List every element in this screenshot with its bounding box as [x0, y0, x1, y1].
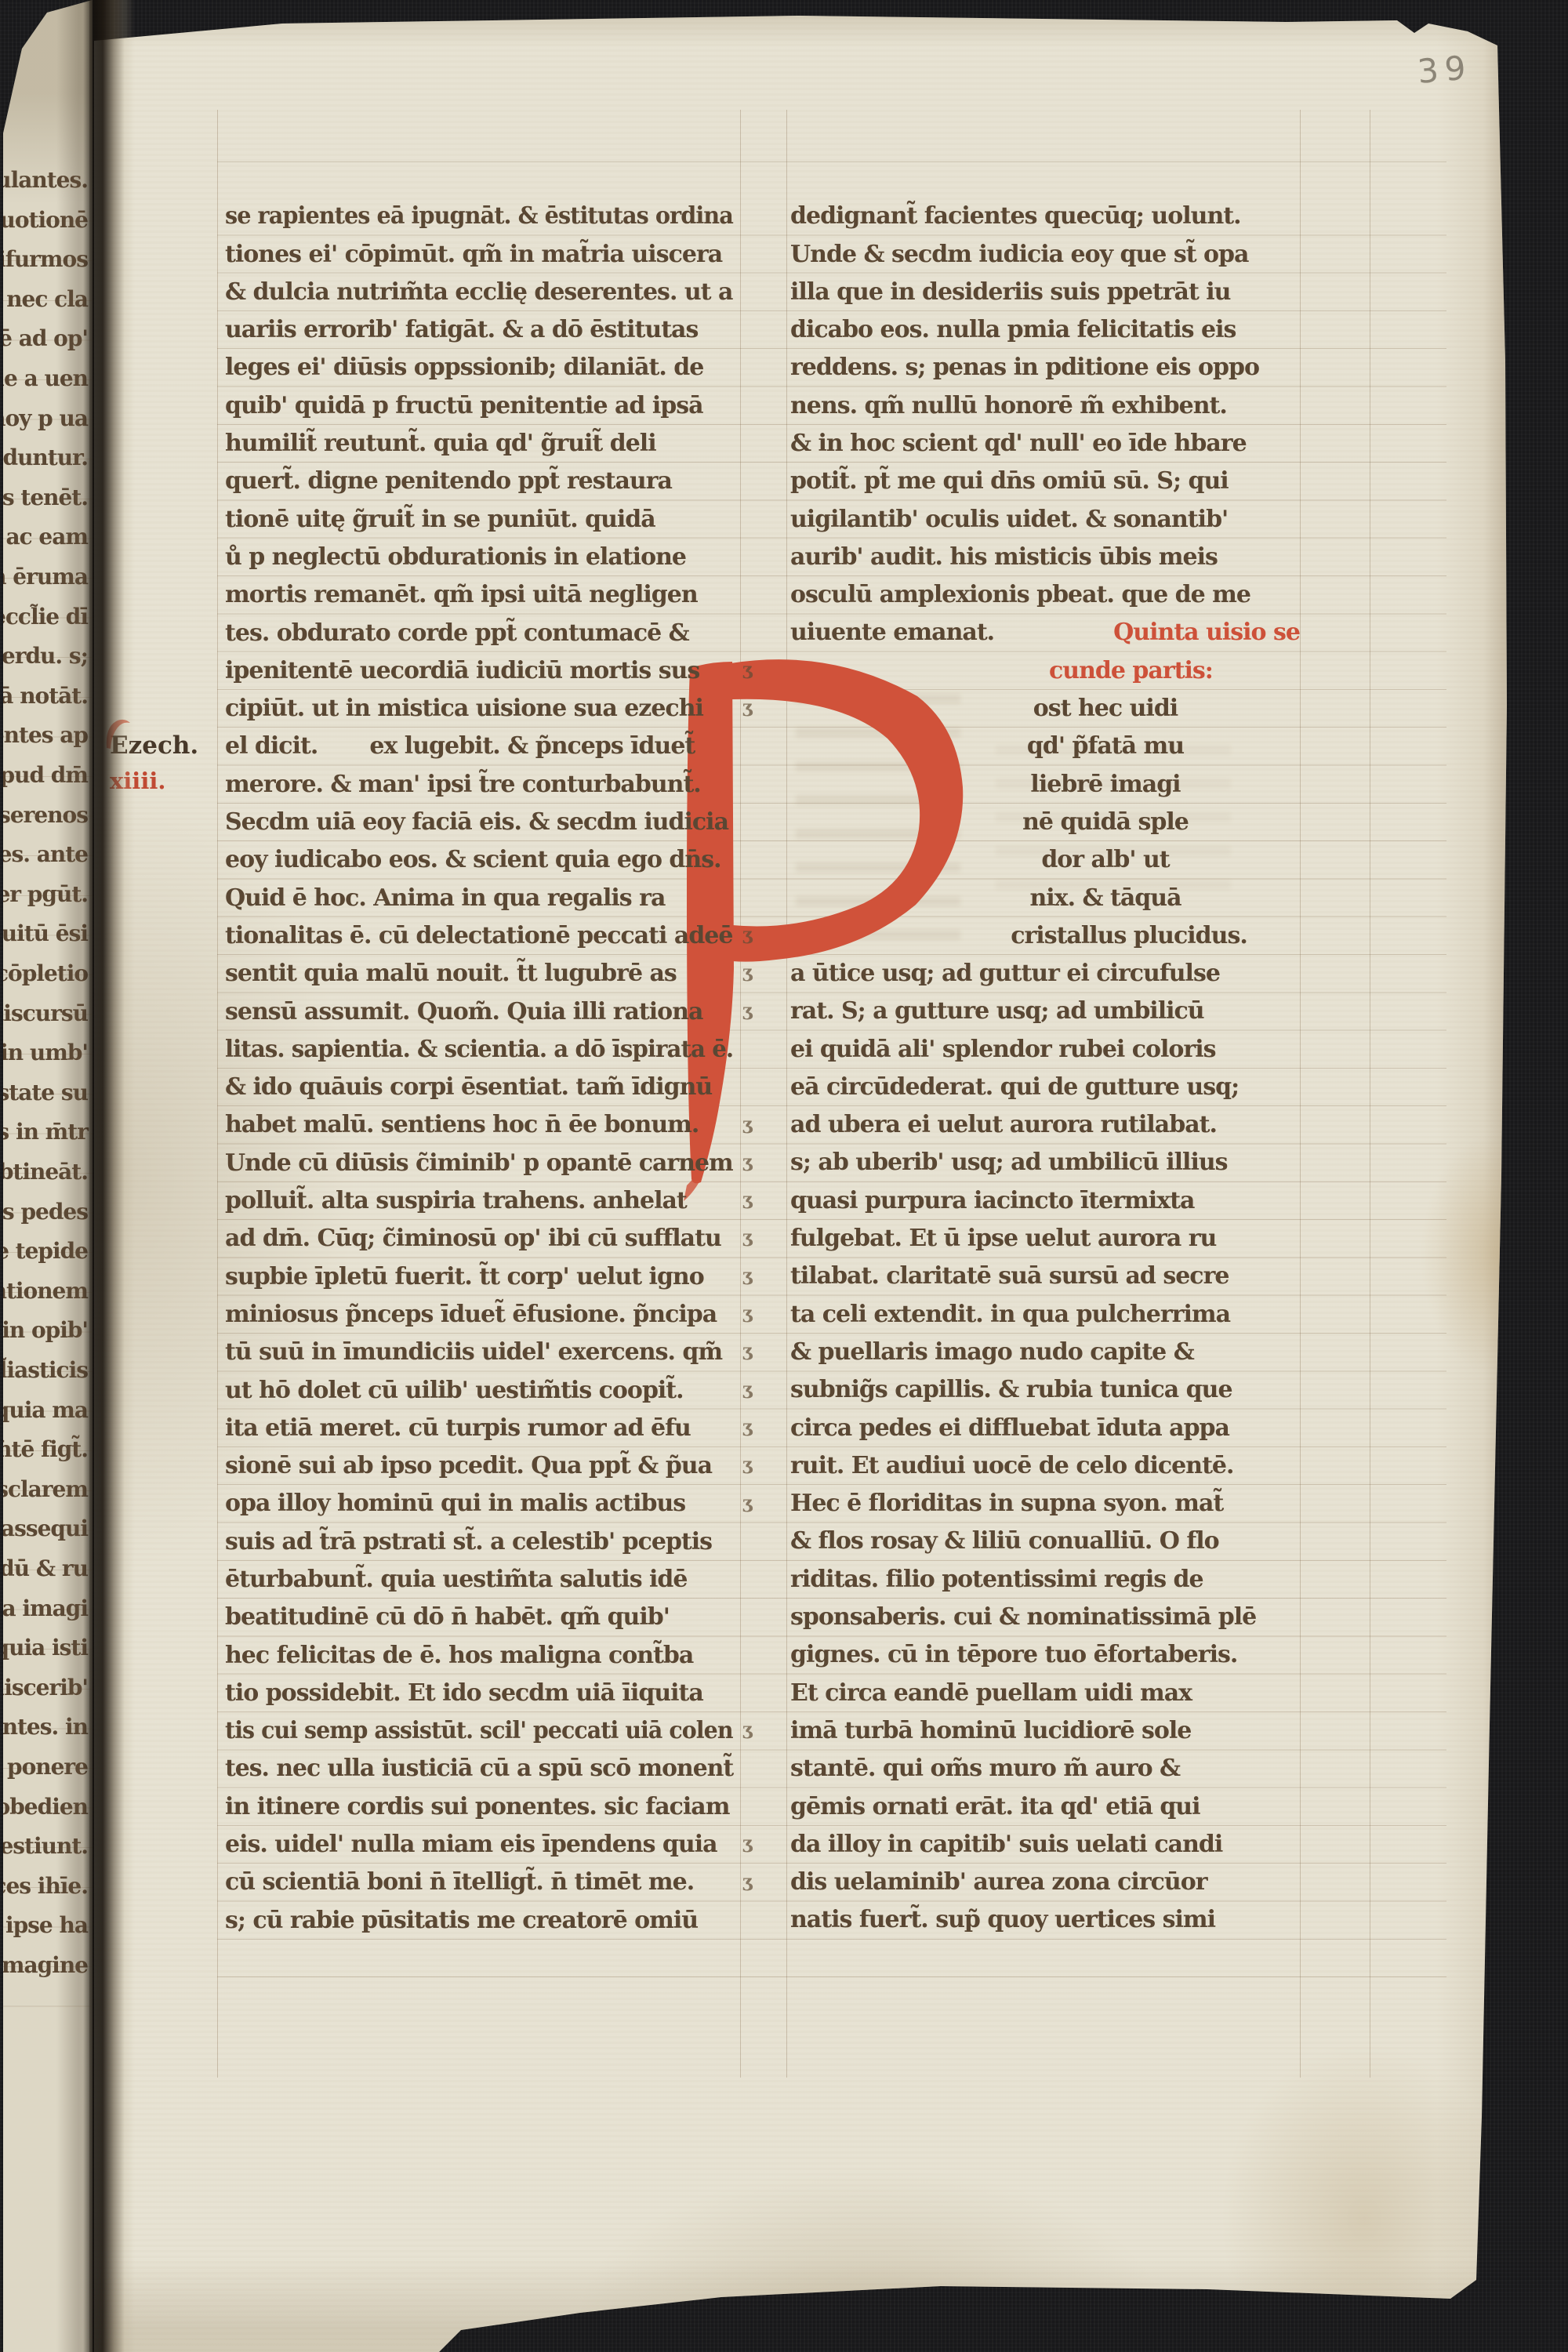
facing-page-fragment-line: ti apud dm̄: [3, 756, 88, 796]
text-line: sensū assumit. Quom̃. Quia illi rationa: [225, 993, 733, 1031]
text-line: ad dm̄. Cūq; c̃iminosū op' ibi cū suffla…: [225, 1220, 733, 1258]
vertical-ruling-margin: [1370, 110, 1370, 2078]
line-filler-mark: ʒ: [742, 1372, 753, 1410]
text-line: opa illoy hominū qui in malis actibus: [225, 1485, 733, 1523]
facing-page-fragment-line: intuitū ēsi: [3, 914, 88, 954]
facing-page-fragment-line: ortantes. in: [3, 1708, 88, 1748]
line-below-initial: cristallus plucidus.: [980, 917, 1278, 955]
text-line: & flos rosay & liliū conualliū. O flo: [790, 1523, 1300, 1560]
text-line: tio possidebit. Et ido secdm uiā īiquita: [225, 1675, 733, 1712]
text-line: tilabat. claritatē suā sursū ad secre: [790, 1258, 1300, 1295]
line-filler-mark: ʒ: [742, 1447, 753, 1485]
text-line: riditas. filio potentissimi regis de: [790, 1561, 1300, 1599]
facing-page-fragment-line: linis ponere: [3, 1748, 88, 1788]
text-line: ēturbabunt̃. quia uestim̃ta salutis idē: [225, 1561, 733, 1599]
text-line: dis uelaminib' aurea zona circūor: [790, 1864, 1300, 1901]
text-line: sionē sui ab ipso pcedit. Qua ppt̃ & p̃u…: [225, 1447, 733, 1485]
facing-page-fragment-line: nde & ipse ha: [3, 1906, 88, 1946]
text-line: polluit̃. alta suspiria trahens. anhelat: [225, 1182, 733, 1220]
facing-page-fragment-line: qm̃ ēruma: [3, 557, 88, 597]
text-line: suis ad t̃rā pstrati st̃. a celestib' pc…: [225, 1523, 733, 1561]
facing-page-fragment-line: rt̃. quia ma: [3, 1391, 88, 1431]
line-filler-mark: ʒ: [742, 1410, 753, 1447]
text-line: & ido quāuis corpi ēsentiat. tam̃ īdignū: [225, 1069, 733, 1106]
rubric-heading: Quinta uisio se: [1113, 614, 1300, 652]
top-ruling-line: [217, 162, 1446, 162]
text-line: fulgebat. Et ū ipse uelut aurora ru: [790, 1220, 1300, 1258]
text-line: dor alb' ut: [972, 841, 1239, 879]
facing-page-fragment-line: tentionem: [3, 1272, 88, 1312]
text-line: ta celi extendit. in qua pulcherrima: [790, 1296, 1300, 1334]
text-line: & in hoc scient qd' null' eo īde hbare: [790, 425, 1300, 463]
line-filler-mark: ʒ: [742, 993, 753, 1031]
lines-beside-initial: ost hec uidiqd' p̃fatā muliebrē imaginē …: [972, 690, 1239, 917]
text-line: Quid ē hoc. Anima in qua regalis ra: [225, 880, 733, 917]
facing-page-fragment-line: noy p ua: [3, 399, 88, 439]
facing-page-fragment-line: deuotionē: [3, 201, 88, 241]
text-line: ut hō dolet cū uilib' uestim̃tis coopit̃…: [225, 1372, 733, 1410]
text-line: rat. S; a gutture usq; ad umbilicū: [790, 993, 1300, 1030]
text-line: uiuente emanat.: [790, 614, 994, 652]
text-line: tiones ei' cōpimūt. qm̃ in mat̃ria uisce…: [225, 236, 733, 274]
facing-page-fragment-line: iterdu. s;: [3, 637, 88, 677]
text-line: ruit. Et audiui uocē de celo dicentē.: [790, 1447, 1300, 1485]
text-line: el dicit. ex lugebit. & p̃nceps īduet̃: [225, 728, 733, 765]
text-line: qd' p̃fatā mu: [972, 728, 1239, 765]
text-line: dicabo eos. nulla pmia felicitatis eis: [790, 311, 1300, 349]
facing-page-fragment-line: felices ihīe.: [3, 1867, 88, 1907]
line-filler-mark: ʒ: [742, 1258, 753, 1296]
text-line: Et circa eandē puellam uidi max: [790, 1675, 1300, 1712]
facing-page-fragment-line: m̄ cōpletio: [3, 954, 88, 994]
text-line: & puellaris imago nudo capite &: [790, 1334, 1300, 1371]
text-line: ů p neglectū obdurationis in elatione: [225, 539, 733, 576]
facing-page-fragment-line: bulantes.: [3, 161, 88, 201]
text-line: da illoy in capitib' suis uelati candi: [790, 1826, 1300, 1864]
manuscript-page: 39 Ezech. xiiii. P se rapientes eā ipugn…: [94, 0, 1507, 2352]
text-line: nix. & tāquā: [972, 880, 1239, 917]
text-line: quasi purpura iacincto ītermixta: [790, 1182, 1300, 1220]
text-line: nē quidā sple: [972, 804, 1239, 841]
text-line: eoy iudicabo eos. & scient quia ego dn̄s…: [225, 841, 733, 879]
left-column-lines: se rapientes eā ipugnāt. & ēstitutas ord…: [225, 198, 733, 1940]
text-line: sponsaberis. cui & nominatissimā plē: [790, 1599, 1300, 1636]
facing-page-fragment-line: da ū serenos: [3, 796, 88, 836]
text-line: cū scientiā boni n̄ ītelligt̃. n̄ timēt …: [225, 1864, 733, 1901]
rubric-heading-line2-wrap: cunde partis:: [790, 652, 1300, 690]
right-column-lower-lines: a ūtice usq; ad guttur ei circufulserat.…: [790, 955, 1300, 1940]
text-line: cipiūt. ut in mistica uisione sua ezechi: [225, 690, 733, 728]
facing-page-fragment-line: tit̃ in opib': [3, 1311, 88, 1351]
line-filler-mark: ʒ: [742, 1334, 753, 1371]
folio-number: 39: [1416, 48, 1473, 91]
text-line: hec felicitas de ē. hos maligna cont̃ba: [225, 1637, 733, 1675]
text-line: miniosus p̃nceps īduet̃ ēfusione. p̃ncip…: [225, 1296, 733, 1334]
text-column-right: dedignant̃ facientes quecūq; uolunt.Unde…: [790, 198, 1300, 614]
text-line: circa pedes ei diffluebat īduta appa: [790, 1410, 1300, 1447]
facing-page-fragment-line: ē ifurmos: [3, 240, 88, 280]
text-line: subnig̃s capillis. & rubia tunica que: [790, 1371, 1300, 1409]
text-line: ei quidā ali' splendor rubei coloris: [790, 1031, 1300, 1069]
text-line: supbie īpletū fuerit. t̃t corp' uelut ig…: [225, 1258, 733, 1296]
facing-page-fragment-line: urbidū & ru: [3, 1549, 88, 1589]
facing-page-fragment-line: n nec cla: [3, 280, 88, 320]
line-filler-mark: ʒ: [742, 1296, 753, 1334]
facing-page-fragment-line: obtineāt.: [3, 1152, 88, 1192]
facing-page-fragment-line: es eccl̃ie dī: [3, 597, 88, 637]
facing-page-fragment-line: in p sclarem: [3, 1470, 88, 1510]
binding-gutter-shadow: [83, 0, 135, 2352]
facing-page-fragment-line: gine tepide: [3, 1232, 88, 1272]
facing-page-edge: bulantes.deuotionēē ifurmosn nec claonē …: [3, 0, 93, 2352]
text-line: Unde & secdm iudicia eoy que st̃ opa: [790, 236, 1300, 274]
photograph-of-manuscript: { "folio_number": "39", "colors": { "bac…: [0, 0, 1568, 2352]
text-line: merore. & man' ipsi t̃re conturbabunt̃.: [225, 766, 733, 804]
facing-page-fragment-line: a m̄tē figt̃.: [3, 1430, 88, 1470]
facing-page-fragment-line: p discursū: [3, 994, 88, 1034]
text-line: litas. sapientia. & scientia. a dō īspir…: [225, 1031, 720, 1069]
facing-page-fragment-line: eos in m̄tr: [3, 1112, 88, 1152]
text-line: ost hec uidi: [972, 690, 1239, 728]
rubric-heading: cunde partis:: [1049, 652, 1300, 690]
text-line: leges ei' diūsis oppssionib; dilaniāt. d…: [225, 349, 733, 387]
line-filler-mark: ʒ: [742, 1182, 753, 1220]
facing-page-fragment-line: iā notāt.: [3, 677, 88, 717]
text-line: s; cū rabie pūsitatis me creatorē omiū: [225, 1902, 733, 1940]
text-line: tū suū in īmundiciis uidel' exercens. qm…: [225, 1334, 733, 1371]
facing-page-fragment-line: onē ad op': [3, 319, 88, 359]
line-filler-mark: ʒ: [742, 955, 753, 993]
facing-page-fragment-line: qd' assequi: [3, 1509, 88, 1549]
right-column-top-lines: dedignant̃ facientes quecūq; uolunt.Unde…: [790, 198, 1300, 614]
facing-page-fragment-line: us tenēt.: [3, 478, 88, 518]
text-line: stantē. qui om̃s muro m̃ auro &: [790, 1750, 1300, 1788]
text-line: liebrē imagi: [972, 766, 1239, 804]
text-line: mortis remanēt. qm̃ ipsi uitā negligen: [225, 576, 733, 614]
line-filler-mark: ʒ: [742, 1220, 753, 1258]
line-filler-mark: ʒ: [742, 1486, 753, 1523]
line-filler-mark: ʒ: [742, 917, 753, 955]
facing-page-fragment-lines: bulantes.deuotionēē ifurmosn nec claonē …: [3, 161, 91, 2082]
vertical-ruling-left-col-left: [217, 110, 218, 2078]
text-line: tionē uitę g̃ruit̃ in se puniūt. quidā: [225, 501, 733, 539]
text-line: uariis errorib' fatigāt. & a dō ēstituta…: [225, 311, 733, 349]
line-filler-mark: ʒ: [742, 1145, 753, 1182]
text-line: & dulcia nutrim̃ta ecclię deserentes. ut…: [225, 274, 733, 311]
text-line: illa que in desideriis suis ppetrāt iu: [790, 274, 1300, 311]
text-line: humilit̃ reutunt̃. quia qd' g̃ruit̃ deli: [225, 425, 733, 463]
line-filler-mark: ʒ: [742, 1826, 753, 1864]
text-line: osculū amplexionis pbeat. que de me: [790, 576, 1300, 614]
text-line: Secdm uiā eoy faciā eis. & secdm iudicia: [225, 804, 733, 841]
text-line: in itinere cordis sui ponentes. sic faci…: [225, 1788, 733, 1826]
text-line: tis cui semp assistūt. scil' peccati uiā…: [225, 1712, 707, 1750]
facing-page-fragment-line: in eccl̃iasticis: [3, 1351, 88, 1391]
text-line: beatitudinē cū dō n̄ habēt. qm̃ quib': [225, 1599, 733, 1636]
text-line: gēmis ornati erāt. ita qd' etiā qui: [790, 1788, 1300, 1826]
line-filler-mark: ʒ: [742, 1107, 753, 1145]
text-line: imā turbā hominū lucidiorē sole: [790, 1712, 1300, 1750]
text-line: tes. nec ulla iusticiā cū a spū scō mone…: [225, 1750, 730, 1788]
facing-page-fragment-line: ortes pedes: [3, 1192, 88, 1232]
facing-page-fragment-line: m̄ in uiscerib': [3, 1668, 88, 1708]
facing-page-fragment-line: p̃fata imagi: [3, 1589, 88, 1629]
facing-page-fragment-line: ac eam: [5, 517, 88, 557]
text-line: dedignant̃ facientes quecūq; uolunt.: [790, 198, 1300, 235]
text-line: tionalitas ē. cū delectationē peccati ad…: [225, 917, 733, 955]
line-filler-mark: ʒ: [742, 1712, 753, 1750]
initial-p-bowl: [731, 659, 963, 962]
vertical-ruling-right-col-right: [1300, 110, 1301, 2078]
line-filler-mark: ʒ: [742, 652, 753, 690]
facing-page-fragment-line: otestate su: [3, 1073, 88, 1113]
text-line: cristallus plucidus.: [980, 917, 1278, 955]
facing-page-fragment-line: ipsa imagine: [3, 1946, 88, 1986]
text-line: potit̃. pt̃ me qui dn̄s omiū sū. S; qui: [790, 463, 1300, 500]
text-line: quib' quidā p fructū penitentie ad ipsā: [225, 387, 733, 425]
facing-page-fragment-line: ut in umb': [3, 1033, 88, 1073]
text-line: quert̃. digne penitendo ppt̃ restaura: [225, 463, 733, 500]
text-line: gignes. cū in tēpore tuo ēfortaberis.: [790, 1636, 1300, 1674]
facing-page-fragment-line: aer pgūt.: [3, 875, 88, 915]
text-line: se rapientes eā ipugnāt. & ēstitutas ord…: [225, 198, 711, 235]
mixed-text-rubric-line: uiuente emanat. Quinta uisio se: [790, 614, 1300, 652]
text-line: ad ubera ei uelut aurora rutilabat.: [790, 1106, 1300, 1144]
text-line: s; ab uberib' usq; ad umbilicū illius: [790, 1144, 1300, 1181]
text-line: aurib' audit. his misticis ūbis meis: [790, 539, 1300, 576]
text-line: uigilantib' oculis uidet. & sonantib': [790, 501, 1300, 539]
text-line: ipenitentē uecordiā iudiciū mortis sus: [225, 652, 733, 690]
facing-page-fragment-line: lue a uen: [3, 359, 88, 399]
text-line: sentit quia malū nouit. t̃t lugubrē as: [225, 955, 733, 993]
facing-page-fragment-line: pientes ap: [3, 716, 88, 756]
facing-page-fragment-line: tes. ante: [3, 835, 88, 875]
text-line: ita etiā meret. cū turpis rumor ad ēfu: [225, 1410, 733, 1447]
text-line: Hec ē floriditas in supna syon. mat̃: [790, 1485, 1300, 1523]
facing-page-fragment-line: t̃. quia isti: [3, 1628, 88, 1668]
text-line: eā circūdederat. qui de gutture usq;: [790, 1069, 1300, 1106]
text-line: eis. uidel' nulla miam eis īpendens quia: [225, 1826, 733, 1864]
text-column-left: se rapientes eā ipugnāt. & ēstitutas ord…: [225, 198, 733, 1940]
text-line: Unde cū diūsis c̃iminib' p opantē carnem: [225, 1145, 731, 1182]
line-filler-mark: ʒ: [742, 690, 753, 728]
text-line: a ūtice usq; ad guttur ei circufulse: [790, 955, 1300, 993]
line-filler-mark: ʒ: [742, 1864, 753, 1902]
text-line: nens. qm̃ nullū honorē m̃ exhibent.: [790, 387, 1300, 425]
facing-page-fragment-line: tis dī obedien: [3, 1788, 88, 1828]
facing-page-fragment-line: duntur.: [3, 438, 88, 478]
text-line: habet malū. sentiens hoc n̄ ēe bonum.: [225, 1106, 733, 1144]
text-line: reddens. s; penas in pditione eis oppo: [790, 349, 1300, 387]
text-line: natis fuert̃. sup̃ quoy uertices simi: [790, 1901, 1300, 1939]
facing-page-fragment-line: dos uestiunt.: [3, 1827, 88, 1867]
text-line: tes. obdurato corde ppt̃ contumacē &: [225, 615, 733, 652]
